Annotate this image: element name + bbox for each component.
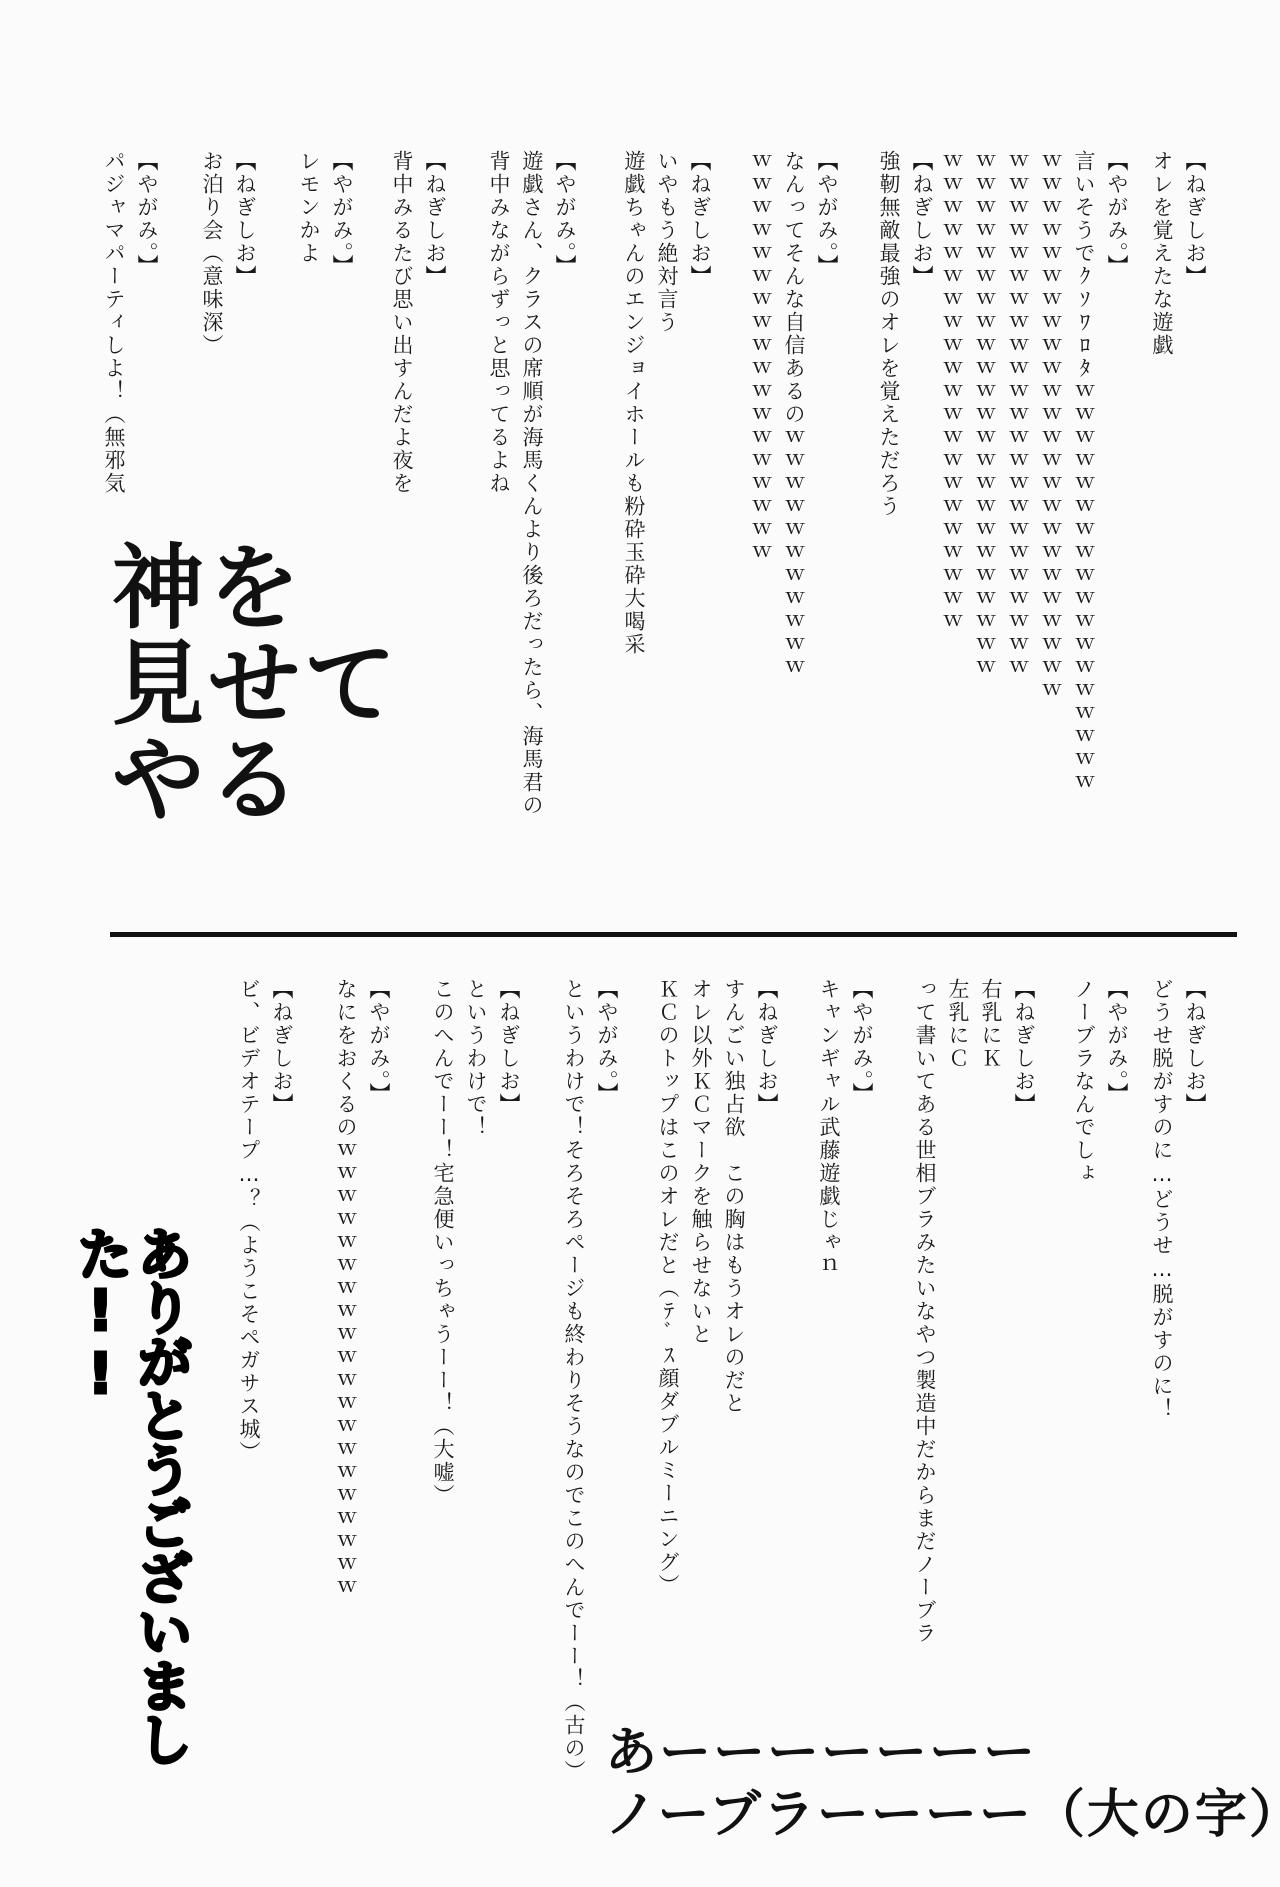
thank-you-heading: ありがとうございました!! xyxy=(70,1225,190,1887)
dialogue-line: 遊戯ちゃんのエンジョイホールも粉砕玉砕大喝采 xyxy=(617,150,650,656)
dialogue-line: ビ、ビデオテープ…？（ようこそペガサス城） xyxy=(232,978,265,1464)
dialogue-line: ノーブラなんでしょ xyxy=(1067,978,1100,1185)
dialogue-line: 右乳にＫ xyxy=(974,978,1007,1070)
title-line: やる xyxy=(112,732,400,828)
dialogue-line: オレ以外ＫＣマークを触らせないと xyxy=(684,978,717,1346)
speaker-label: 【やがみ。】 xyxy=(1100,978,1133,1106)
dialogue-line: 言いそうでｸｿﾜﾛﾀｗｗｗｗｗｗｗｗｗｗｗｗｗｗｗｗｗｗ xyxy=(1067,150,1100,870)
shout-line: あーーーーーーー xyxy=(605,1722,1280,1784)
dialogue-line: すんごい独占欲 この胸はもうオレのだと xyxy=(717,978,750,1415)
speaker-label: 【ねぎしお】 xyxy=(228,150,261,288)
dialogue-line: ＫＣのトップはこのオレだと（ﾃﾞｽ顔ダブルミーニング） xyxy=(651,978,684,1668)
dialogue-line: このへんでーー！宅急便いっちゃうーー！（大嘘） xyxy=(426,978,459,1507)
speaker-label: 【ねぎしお】 xyxy=(492,978,525,1116)
dialogue-line: 強靭無敵最強のオレを覚えただろう xyxy=(872,150,905,518)
dialogue-line: 背中みながらずっと思ってるよね xyxy=(482,150,515,495)
shout-line: ノーブラーーーー（大の字） xyxy=(605,1784,1280,1846)
dialogue-line: なんってそんな自信あるのｗｗｗｗｗｗｗｗｗｗｗ xyxy=(777,150,810,870)
speaker-label: 【ねぎしお】 xyxy=(750,978,783,1116)
dialogue-line: レモンかよ xyxy=(292,150,325,265)
dialogue-line: キャンギャル武藤遊戯じゃｎ xyxy=(812,978,845,1277)
dialogue-line: 背中みるたび思い出すんだよ夜を xyxy=(385,150,418,495)
speaker-label: 【やがみ。】 xyxy=(548,150,581,278)
dialogue-line: オレを覚えたな遊戯 xyxy=(1145,150,1178,357)
speaker-label: 【ねぎしお】 xyxy=(418,150,451,288)
title-line: 見せて xyxy=(112,636,400,732)
speaker-label: 【ねぎしお】 xyxy=(1178,150,1211,288)
dialogue-line: いやもう絶対言う xyxy=(650,150,683,334)
section-divider xyxy=(110,932,1237,937)
dialogue-line: って書いてある世相ブラみたいなやつ製造中だからまだノーブラ xyxy=(908,978,941,1668)
dialogue-line: なにをおくるのｗｗｗｗｗｗｗｗｗｗｗｗｗｗｗｗｗｗｗｗ xyxy=(329,978,362,1848)
speaker-label: 【ねぎしお】 xyxy=(1178,978,1211,1116)
manga-afterword-page: 【ねぎしお】 オレを覚えたな遊戯 【やがみ。】 言いそうでｸｿﾜﾛﾀｗｗｗｗｗｗ… xyxy=(0,0,1280,1887)
speaker-label: 【やがみ。】 xyxy=(130,150,163,278)
dialogue-line: ｗｗｗｗｗｗｗｗｗｗｗｗｗｗｗｗｗｗ xyxy=(744,150,777,730)
speaker-label: 【やがみ。】 xyxy=(1100,150,1133,278)
speaker-label: 【やがみ。】 xyxy=(810,150,843,278)
speaker-label: 【やがみ。】 xyxy=(362,978,395,1106)
speaker-label: 【やがみ。】 xyxy=(325,150,358,278)
speaker-label: 【ねぎしお】 xyxy=(1007,978,1040,1116)
dialogue-line: ｗｗｗｗｗｗｗｗｗｗｗｗｗｗｗｗｗｗｗｗｗｗｗｗ xyxy=(1034,150,1067,870)
dialogue-line: お泊り会（意味深） xyxy=(195,150,228,357)
speaker-label: 【やがみ。】 xyxy=(845,978,878,1106)
title-line: 神を xyxy=(112,540,400,636)
title-kami-wo-misete-yaru: 神を 見せて やる xyxy=(112,540,400,828)
speaker-label: 【やがみ。】 xyxy=(590,978,623,1106)
dialogue-line: というわけで！ xyxy=(459,978,492,1139)
speaker-label: 【ねぎしお】 xyxy=(905,150,938,288)
dialogue-line: パジャマパーティしよ！（無邪気 xyxy=(97,150,130,495)
dialogue-line: 左乳にＣ xyxy=(941,978,974,1070)
dialogue-line: ｗｗｗｗｗｗｗｗｗｗｗｗｗｗｗｗｗｗｗｗｗｗｗ xyxy=(1001,150,1034,840)
dialogue-line: どうせ脱がすのに…どうせ…脱がすのに！ xyxy=(1145,978,1178,1421)
dialogue-line: というわけで！そろそろページも終わりそうなのでこのへんでーー！（古の） xyxy=(557,978,590,1848)
dialogue-line: ｗｗｗｗｗｗｗｗｗｗｗｗｗｗｗｗｗｗｗｗｗ xyxy=(935,150,968,730)
speaker-label: 【ねぎしお】 xyxy=(265,978,298,1116)
dialogue-line: ｗｗｗｗｗｗｗｗｗｗｗｗｗｗｗｗｗｗｗｗｗｗｗ xyxy=(968,150,1001,840)
closing-shout: あーーーーーーー ノーブラーーーー（大の字） xyxy=(605,1722,1280,1846)
dialogue-line: 遊戯さん、クラスの席順が海馬くんより後ろだったら、海馬君の xyxy=(515,150,548,870)
speaker-label: 【ねぎしお】 xyxy=(683,150,716,288)
